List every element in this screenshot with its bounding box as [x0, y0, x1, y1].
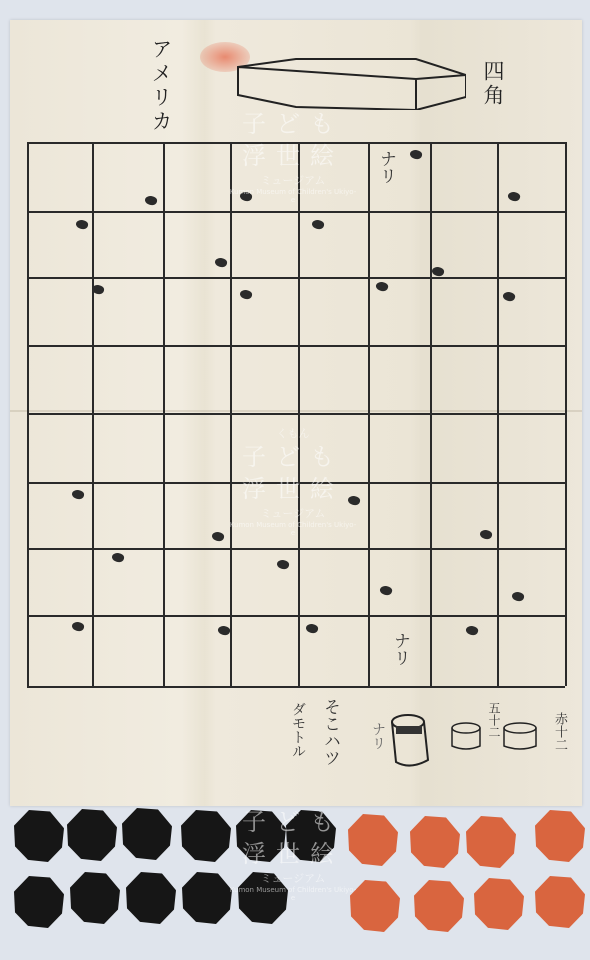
red-piece[interactable] — [410, 816, 460, 868]
game-board-grid — [27, 142, 565, 686]
piece-sketch-icon — [450, 722, 550, 752]
red-piece[interactable] — [414, 880, 464, 932]
note-nari-top: ナリ — [374, 150, 399, 184]
red-piece[interactable] — [466, 816, 516, 868]
label-shikaku: 四角 — [478, 60, 508, 108]
piece-stack-sketch-icon — [388, 712, 438, 772]
red-piece[interactable] — [535, 810, 585, 862]
black-piece[interactable] — [14, 876, 64, 928]
black-piece[interactable] — [70, 872, 120, 924]
black-piece[interactable] — [14, 810, 64, 862]
black-piece[interactable] — [126, 872, 176, 924]
label-america: アメリカ — [146, 38, 176, 134]
black-piece[interactable] — [182, 872, 232, 924]
note-red-count: 赤十二 — [550, 712, 569, 751]
black-piece[interactable] — [181, 810, 231, 862]
watermark-middle: くもん 子ども浮世絵 ミュージアムKumon Museum of Childre… — [228, 425, 358, 537]
watermark-bottom: 子ども浮世絵 ミュージアムKumon Museum of Children's … — [228, 806, 358, 902]
board-sketch-icon — [236, 55, 466, 110]
black-piece[interactable] — [67, 809, 117, 861]
note-line1: そこハツ — [318, 698, 343, 766]
note-nari-sketch: ナリ — [368, 722, 388, 750]
note-line2: ダモトル — [288, 702, 308, 758]
red-piece[interactable] — [535, 876, 585, 928]
watermark-top: 子ども浮世絵 ミュージアムKumon Museum of Children's … — [228, 108, 358, 204]
red-piece[interactable] — [474, 878, 524, 930]
black-piece[interactable] — [122, 808, 172, 860]
note-nari-bottom: ナリ — [388, 632, 413, 666]
